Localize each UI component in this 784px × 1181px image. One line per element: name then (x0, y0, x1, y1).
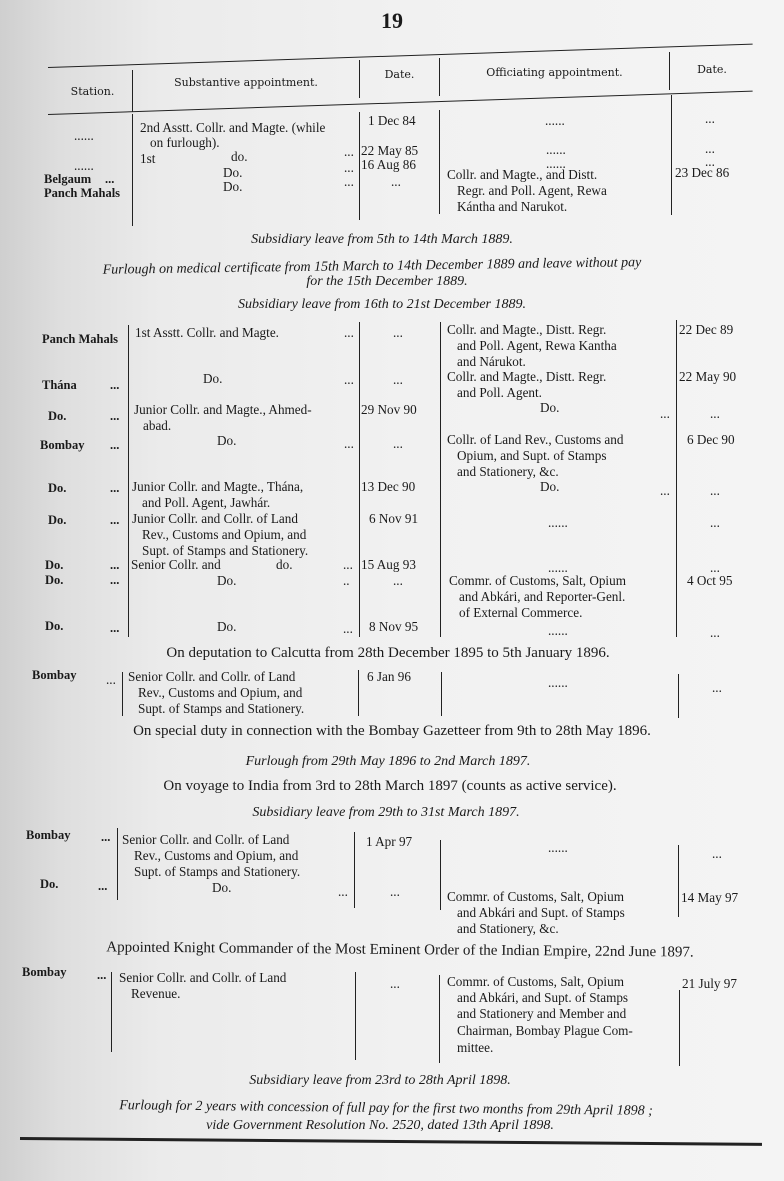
header-officiating: Officiating appointment. (442, 66, 667, 79)
b5-r1-off-l4: Chairman, Bombay Plague Com- (457, 1023, 633, 1039)
b4-sep-2 (354, 832, 355, 908)
header-sep-4 (669, 52, 670, 90)
b1-r3-date1: 16 Aug 86 (361, 157, 416, 173)
b4-r2-off-l2: and Abkári and Supt. of Stamps (457, 905, 625, 921)
page-number: 19 (0, 8, 784, 34)
b4-r1-sub-l2: Rev., Customs and Opium, and (134, 848, 298, 864)
b4-r1-date1: 1 Apr 97 (366, 834, 412, 850)
b2-r6-date1: 6 Nov 91 (369, 511, 418, 527)
b2-r4-off-l1: Collr. of Land Rev., Customs and (447, 432, 623, 448)
b3-sep-1 (122, 672, 123, 716)
header-station: Station. (55, 85, 130, 98)
b2-r2-dots: ... (110, 378, 119, 394)
note-voyage-india: On voyage to India from 3rd to 28th Marc… (0, 778, 782, 795)
b2-sep-3 (440, 322, 441, 637)
note-furlough-2-years-line2: vide Government Resolution No. 2520, dat… (0, 1118, 772, 1134)
b3-r1-date1: 6 Jan 96 (367, 669, 411, 685)
b1-r4-off-l2: Regr. and Poll. Agent, Rewa (457, 183, 607, 199)
b2-r1-sub-dots: ... (344, 325, 354, 341)
note-furlough-medical-line2: for the 15th December 1889. (0, 274, 779, 290)
b2-sep-4 (676, 320, 677, 637)
b2-r8-dots: ... (110, 573, 119, 589)
table-top-rule (48, 44, 753, 68)
b5-r1-date2: 21 July 97 (682, 976, 737, 992)
b3-r1-sub-l3: Supt. of Stamps and Stationery. (138, 701, 304, 717)
b2-r5-date2: ... (710, 483, 720, 499)
b1-sep-1 (132, 114, 133, 226)
b2-r2-off-l1: Collr. and Magte., Distt. Regr. (447, 369, 606, 385)
b3-r1-sub-l2: Rev., Customs and Opium, and (138, 685, 302, 701)
b4-r1-sub-l1: Senior Collr. and Collr. of Land (122, 832, 289, 848)
b2-r5-off: Do. (540, 479, 559, 495)
b1-sep-3 (439, 110, 440, 214)
b5-r1-dots: ... (97, 968, 106, 984)
b3-r1-sub-l1: Senior Collr. and Collr. of Land (128, 669, 295, 685)
b1-r2-sub-do: do. (231, 149, 247, 165)
b4-sep-1 (117, 828, 118, 900)
b5-r1-date1: ... (390, 976, 400, 992)
b5-r1-sub-l1: Senior Collr. and Collr. of Land (119, 970, 286, 986)
b2-r9-sub-dots: ... (343, 621, 353, 637)
note-subsidiary-leave-1897: Subsidiary leave from 29th to 31st March… (0, 805, 778, 821)
header-sep-2 (359, 60, 360, 98)
b2-r7-date1: 15 Aug 93 (361, 557, 416, 573)
b2-r1-sub: 1st Asstt. Collr. and Magte. (135, 325, 279, 341)
b2-sep-2 (359, 322, 360, 637)
b1-r4-date2: 23 Dec 86 (675, 165, 729, 181)
note-furlough-1896: Furlough from 29th May 1896 to 2nd March… (0, 754, 780, 770)
header-date-1: Date. (362, 68, 437, 81)
b2-r2-station: Thána (42, 378, 77, 394)
b2-r5-off-dots: ... (660, 483, 670, 499)
b5-r1-off-l1: Commr. of Customs, Salt, Opium (447, 974, 624, 990)
b1-r4-sub: Do. (223, 179, 242, 195)
b4-r2-sub-dots: ... (338, 884, 348, 900)
b4-r1-off: ...... (548, 840, 568, 856)
b2-r3-date2: ... (710, 406, 720, 422)
b4-r2-date2: 14 May 97 (681, 890, 738, 906)
b2-r2-date1: ... (393, 372, 403, 388)
b4-r1-dots: ... (101, 830, 110, 846)
b2-r3-sub-l2: abad. (143, 418, 171, 434)
b1-r1-date2: ... (705, 111, 715, 127)
b2-r4-date1: ... (393, 436, 403, 452)
b2-r5-station: Do. (48, 481, 66, 497)
b5-r1-station: Bombay (22, 965, 66, 981)
b2-r7-sub-dots: ... (343, 557, 353, 573)
table-header-bottom-rule (48, 91, 753, 115)
b4-r2-date1: ... (390, 884, 400, 900)
b1-r1-station: ...... (74, 128, 94, 144)
note-subsidiary-leave-1889-march: Subsidiary leave from 5th to 14th March … (0, 232, 774, 248)
note-deputation-calcutta: On deputation to Calcutta from 28th Dece… (0, 645, 780, 662)
b2-r8-station: Do. (45, 573, 63, 589)
b2-r4-dots: ... (110, 438, 119, 454)
note-subsidiary-leave-1898: Subsidiary leave from 23rd to 28th April… (0, 1073, 772, 1089)
b2-r9-dots: ... (110, 621, 119, 637)
b2-r1-date2: 22 Dec 89 (679, 322, 733, 338)
b3-r1-dots: ... (106, 672, 116, 688)
b2-r9-date1: 8 Nov 95 (369, 619, 418, 635)
b2-r5-date1: 13 Dec 90 (361, 479, 415, 495)
b2-r3-station: Do. (48, 409, 66, 425)
b5-r1-off-l5: mittee. (457, 1040, 493, 1056)
b1-r4-off-l3: Kántha and Narukot. (457, 199, 567, 215)
page-bottom-rule (20, 1137, 762, 1146)
b2-r1-off-l2: and Poll. Agent, Rewa Kantha (457, 338, 617, 354)
b1-r1-date1: 1 Dec 84 (368, 113, 416, 129)
b2-r7-station: Do. (45, 558, 63, 574)
b2-r6-sub-l2: Rev., Customs and Opium, and (142, 527, 306, 543)
b2-r6-station: Do. (48, 513, 66, 529)
b2-r8-off-l2: and Abkári, and Reporter-Genl. (459, 589, 625, 605)
b1-r4-station: Panch Mahals (44, 186, 120, 202)
b2-r8-off-l3: of External Commerce. (459, 605, 582, 621)
b2-r2-off-l2: and Poll. Agent. (457, 385, 542, 401)
b1-r4-date1: ... (391, 174, 401, 190)
b3-sep-2 (358, 670, 359, 716)
b2-r9-off: ...... (548, 623, 568, 639)
b2-r2-sub: Do. (203, 371, 222, 387)
b2-r8-off-l1: Commr. of Customs, Salt, Opium (449, 573, 626, 589)
b1-r2-sub-dots: ... (344, 144, 354, 160)
b2-r6-sub-l1: Junior Collr. and Collr. of Land (132, 511, 298, 527)
b2-r6-off: ...... (548, 515, 568, 531)
header-sep-1 (132, 70, 133, 112)
b2-r5-sub-l1: Junior Collr. and Magte., Thána, (132, 479, 303, 495)
b2-r8-date1: ... (393, 573, 403, 589)
b4-r1-sub-l3: Supt. of Stamps and Stationery. (134, 864, 300, 880)
b3-r1-date2: ... (712, 680, 722, 696)
b2-r7-sub-l1: Senior Collr. and (131, 557, 221, 573)
b2-r2-date2: 22 May 90 (679, 369, 736, 385)
b4-r2-sub: Do. (212, 880, 231, 896)
b2-r3-off-dots: ... (660, 406, 670, 422)
b1-r4-sub-dots: ... (344, 174, 354, 190)
b5-sep-3 (439, 975, 440, 1063)
b4-r2-station: Do. (40, 877, 58, 893)
b2-r8-sub: Do. (217, 573, 236, 589)
b2-r1-date1: ... (393, 325, 403, 341)
b4-r2-off-l3: and Stationery, &c. (457, 921, 559, 937)
b2-r8-date2: 4 Oct 95 (687, 573, 732, 589)
b4-r2-off-l1: Commr. of Customs, Salt, Opium (447, 889, 624, 905)
b5-sep-1 (111, 972, 112, 1052)
b5-sep-4 (679, 990, 680, 1066)
b2-r9-sub: Do. (217, 619, 236, 635)
note-subsidiary-leave-1889-dec: Subsidiary leave from 16th to 21st Decem… (0, 297, 774, 313)
b2-r3-dots: ... (110, 409, 119, 425)
b2-r3-date1: 29 Nov 90 (361, 402, 417, 418)
b5-r1-off-l3: and Stationery and Member and (457, 1006, 626, 1022)
b2-r3-sub-l1: Junior Collr. and Magte., Ahmed- (134, 402, 312, 418)
b2-r9-date2: ... (710, 625, 720, 641)
b2-r4-off-l2: Opium, and Supt. of Stamps (457, 448, 606, 464)
b5-r1-off-l2: and Abkári, and Supt. of Stamps (457, 990, 628, 1006)
b4-r1-station: Bombay (26, 828, 70, 844)
b2-r7-sub-do: do. (276, 557, 292, 573)
b3-sep-3 (441, 672, 442, 716)
b4-sep-4 (678, 845, 679, 917)
b2-r8-sub-dots: .. (343, 573, 350, 589)
b2-r4-sub: Do. (217, 433, 236, 449)
b2-r2-sub-dots: ... (344, 372, 354, 388)
b3-r1-off: ...... (548, 675, 568, 691)
b1-r1-officiating: ...... (545, 113, 565, 129)
b2-r6-date2: ... (710, 515, 720, 531)
header-sep-3 (439, 58, 440, 96)
b2-r4-sub-dots: ... (344, 436, 354, 452)
header-substantive: Substantive appointment. (135, 76, 357, 89)
b1-r4-off-l1: Collr. and Magte., and Distt. (447, 167, 597, 183)
b2-r5-dots: ... (110, 481, 119, 497)
b2-r4-station: Bombay (40, 438, 84, 454)
b2-r3-off: Do. (540, 400, 559, 416)
b1-r1-sub-line1: 2nd Asstt. Collr. and Magte. (while (140, 120, 325, 136)
header-date-2: Date. (672, 63, 752, 76)
b1-sep-4 (671, 95, 672, 215)
b2-r4-date2: 6 Dec 90 (687, 432, 735, 448)
b4-r2-dots: ... (98, 879, 107, 895)
b1-r2-sub-1st: 1st (140, 151, 155, 167)
b2-r9-station: Do. (45, 619, 63, 635)
b2-sep-1 (128, 325, 129, 637)
b2-r1-off-l3: and Nárukot. (457, 354, 526, 370)
b3-r1-station: Bombay (32, 668, 76, 684)
b4-sep-3 (440, 840, 441, 910)
b1-sep-2 (359, 112, 360, 220)
b4-r1-date2: ... (712, 846, 722, 862)
b2-r5-sub-l2: and Poll. Agent, Jawhár. (142, 495, 270, 511)
note-special-duty-gazetteer: On special duty in connection with the B… (0, 723, 784, 740)
b1-r1-sub-line2: on furlough). (150, 135, 220, 151)
b3-sep-4 (678, 674, 679, 718)
b5-sep-2 (355, 972, 356, 1060)
b5-r1-sub-l2: Revenue. (131, 986, 180, 1002)
b2-r1-off-l1: Collr. and Magte., Distt. Regr. (447, 322, 606, 338)
note-knight-commander: Appointed Knight Commander of the Most E… (8, 939, 784, 963)
b2-r1-station: Panch Mahals (42, 332, 118, 348)
b2-r7-dots: ... (110, 558, 119, 574)
b2-r6-dots: ... (110, 513, 119, 529)
b2-r4-off-l3: and Stationery, &c. (457, 464, 559, 480)
